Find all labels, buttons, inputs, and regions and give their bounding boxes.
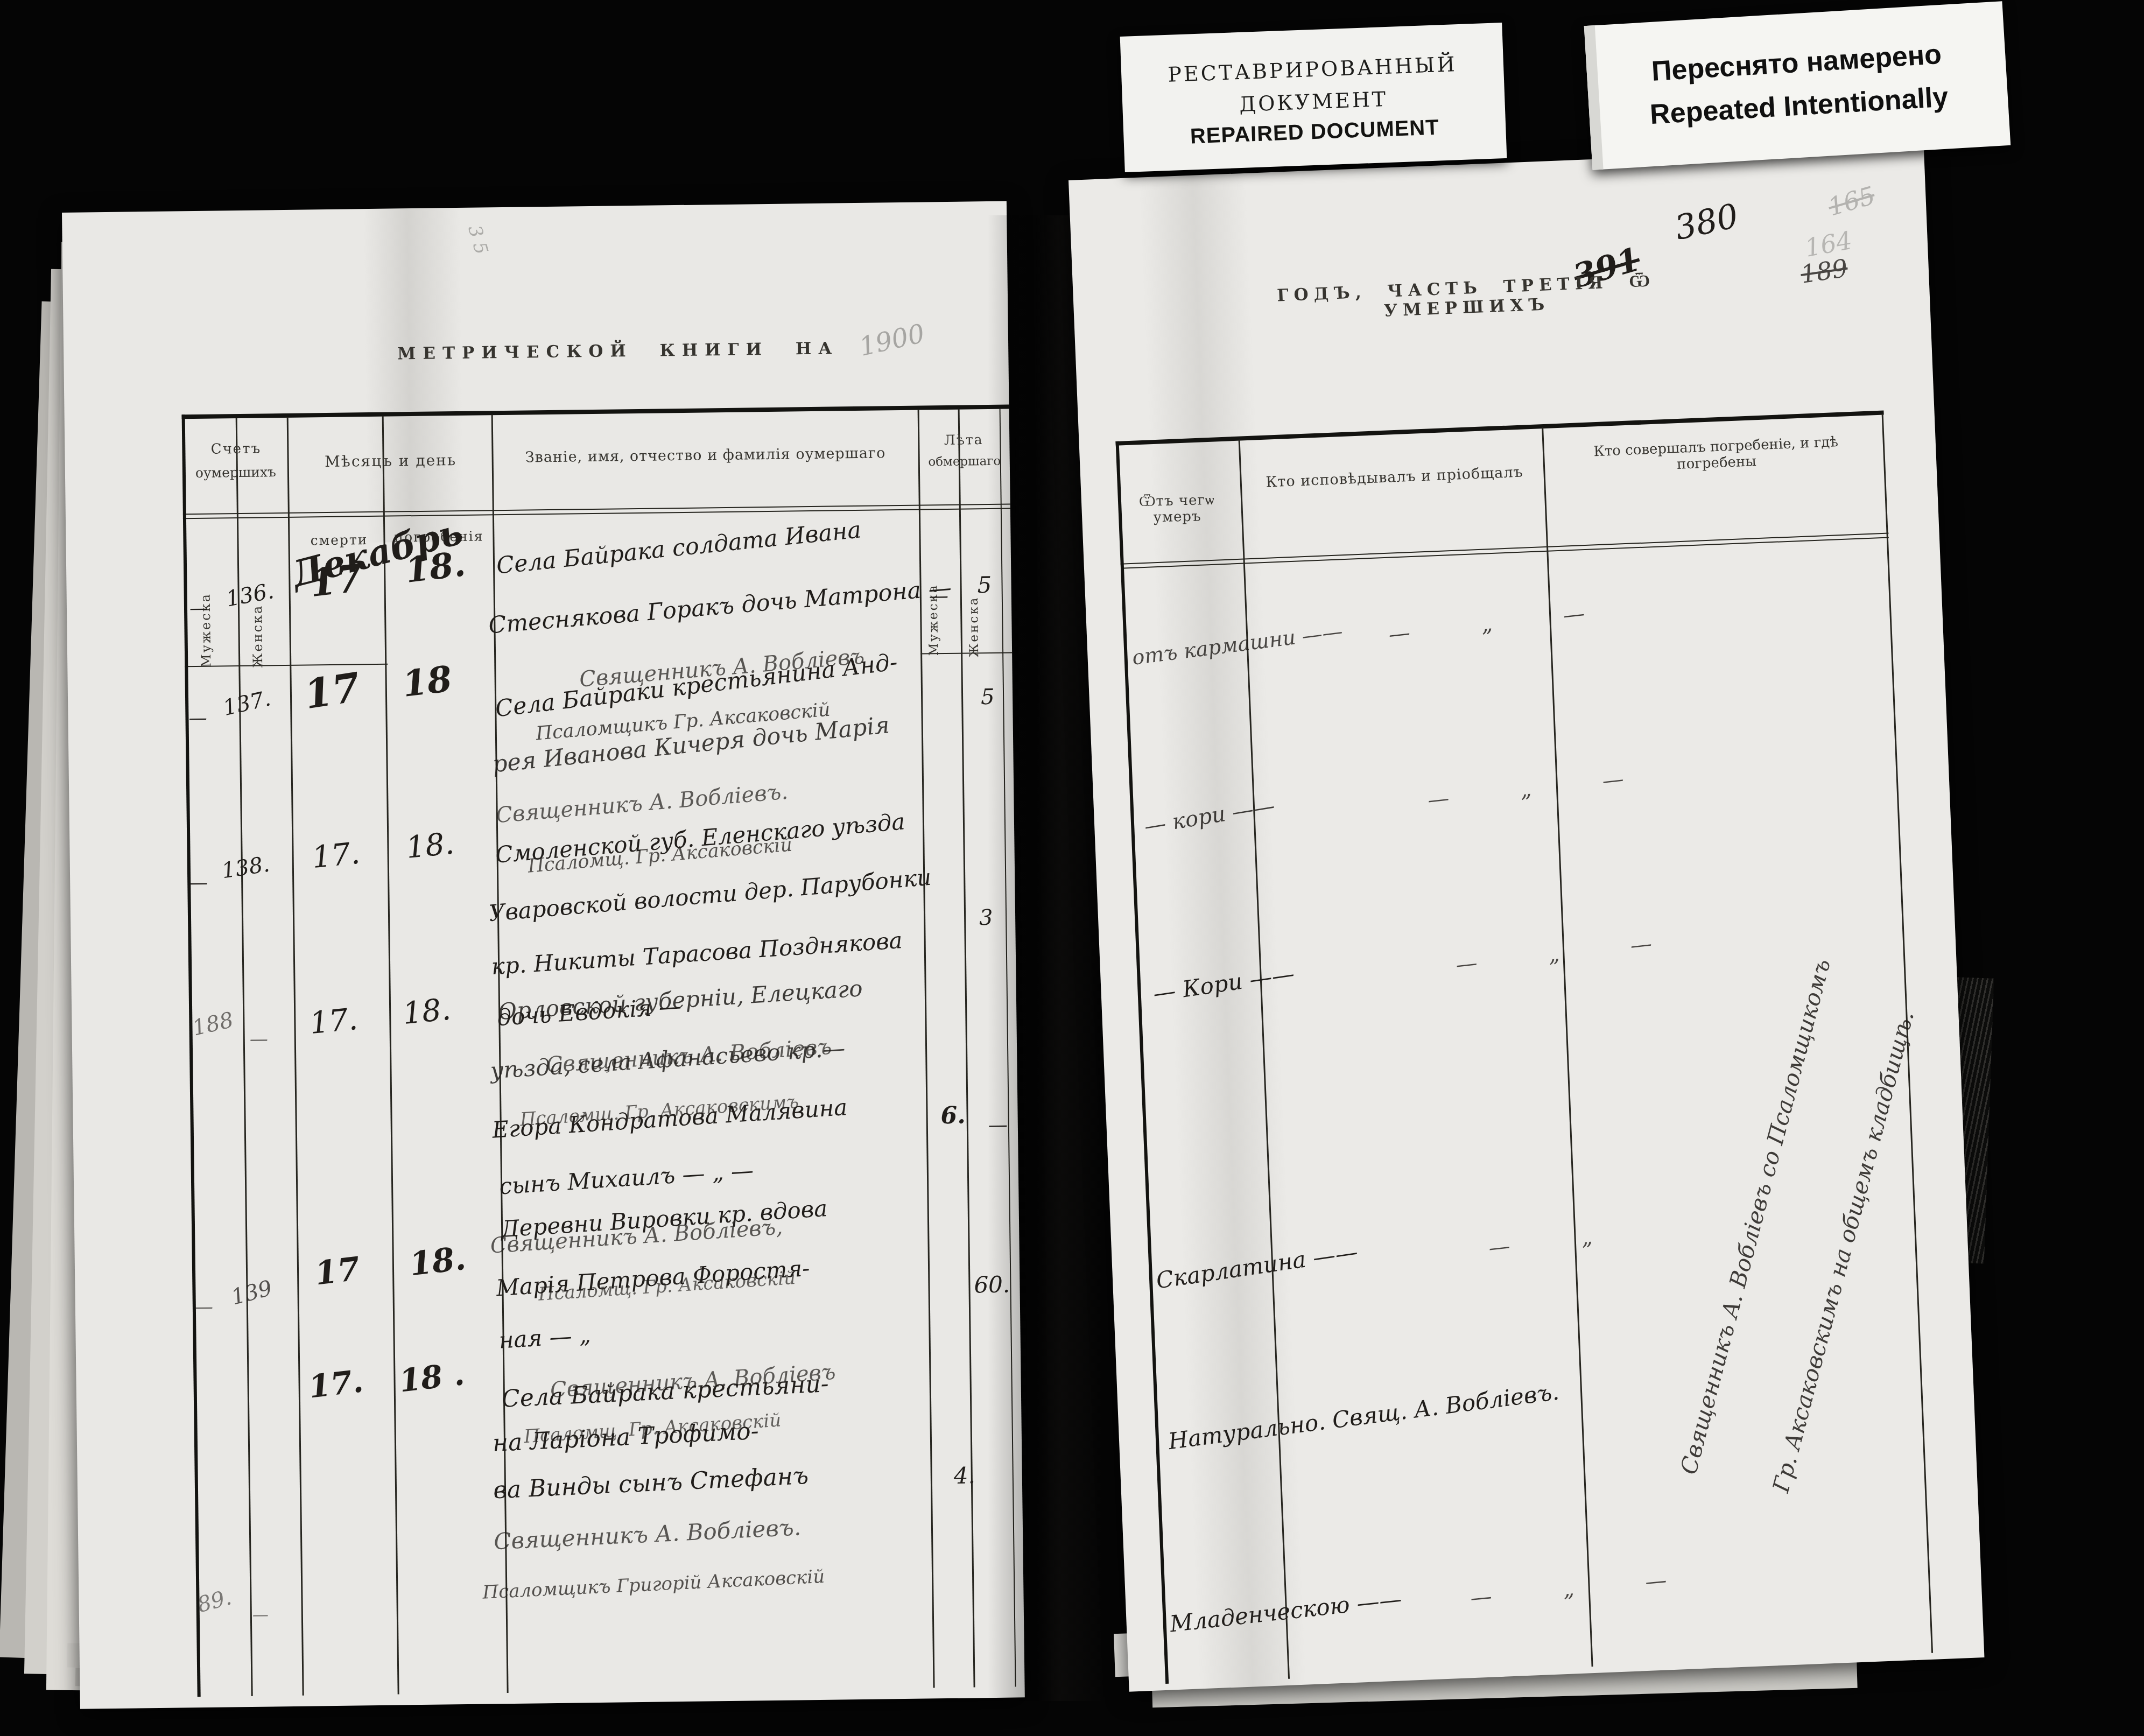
entry-dash: — [252, 1606, 269, 1625]
col-header-count: Счетъ [187, 440, 284, 458]
col-header-burial-officiant: Кто совершалъ погребеніе, и гдѣ погребен… [1552, 432, 1880, 477]
age-female: 60. [974, 1271, 1010, 1298]
year-handwritten: 1900 [856, 318, 927, 362]
record-line: кр. Никиты Тарасова Позднякова [490, 927, 903, 980]
col-header-count2: оумершихъ [185, 464, 287, 481]
burial-day: 18 . [397, 1355, 466, 1400]
rule [1000, 409, 1016, 1687]
rule [182, 405, 1009, 419]
rule [185, 664, 388, 667]
archival-scan: 3 5 МЕТРИЧЕСКОЙ КНИГИ НА 1900 Счетъ оуме… [0, 0, 2144, 1736]
death-day: 17. [307, 1362, 365, 1405]
record-line: Псаломщикъ Григорій Аксаковскій [482, 1566, 825, 1604]
scan-fold-shading [363, 208, 465, 543]
death-day: 17. [311, 836, 362, 876]
pencil-number-struck: 165 [1825, 180, 1878, 221]
rule [382, 416, 399, 1695]
ditto-mark: — „ — [1454, 928, 1685, 978]
burial-day: 18. [403, 544, 467, 591]
cause-of-death: отъ кармашни —— [1131, 619, 1344, 670]
entry-number: 136. [224, 579, 276, 612]
cause-of-death: — кори —— [1143, 793, 1277, 839]
repaired-en: REPAIRED DOCUMENT [1123, 113, 1506, 151]
col-header-confessor: Кто исповѣдывалъ и пріобщалъ [1252, 463, 1537, 491]
age-female: — [988, 1114, 1008, 1136]
entry-number: 89. [195, 1585, 234, 1618]
death-day: 17 [307, 555, 364, 606]
death-day: 17 [301, 664, 363, 719]
ditto-mark: — „ — [1387, 598, 1618, 647]
ditto-mark: — „ [1487, 1221, 1626, 1261]
repeated-intentionally-card: Переснято намерено Repeated Intentionall… [1584, 1, 2011, 170]
burial-day: 18. [404, 826, 455, 866]
record-line: на Ларіона Трофимо- [492, 1417, 760, 1457]
rule [1121, 532, 1889, 564]
record-line: Стеснякова Горакъ дочь Матрона — [487, 574, 952, 639]
death-day: 17. [308, 1002, 359, 1042]
age-male: 4. [953, 1462, 975, 1488]
record-line: ная — „ [498, 1322, 592, 1354]
col-header-cause: Ѿтъ чегѡ умеръ [1115, 491, 1239, 526]
record-line: уѣзда, села Афанасьево кр.— [489, 1035, 846, 1084]
entry-dash: — [189, 598, 208, 619]
death-day: 17 [313, 1250, 362, 1292]
entry-dash: — [188, 707, 207, 729]
age-female: 5 [977, 572, 992, 598]
repaired-ru-line1: РЕСТАВРИРОВАННЫЙ [1121, 51, 1504, 88]
left-page-title: МЕТРИЧЕСКОЙ КНИГИ НА [386, 339, 849, 364]
age-female: 5 [981, 685, 995, 709]
record-line: ва Винды сынъ Стефанъ [493, 1462, 809, 1505]
age-female: 3 [979, 905, 993, 930]
card-fold-edge [1584, 25, 1604, 170]
scan-fold-shading [1138, 173, 1307, 1689]
right-page-title: ГОДЪ, ЧАСТЬ ТРЕТІЯ Ѿ УМЕРШИХЪ [1213, 269, 1720, 328]
entry-number: 139 [229, 1276, 275, 1310]
record-line: сынъ Михаилъ — „ — [498, 1157, 754, 1199]
header-number-struck: 189 [1798, 254, 1850, 289]
col-header-name: Званіе, имя, отчество и фамилія оумершаг… [498, 445, 912, 466]
ditto-mark: — „ — [1469, 1565, 1700, 1611]
entry-dash: — [195, 1296, 213, 1318]
record-line: Села Байрака солдата Ивана [495, 516, 862, 579]
ditto-mark: — „ — [1426, 763, 1657, 812]
burial-day: 18 [400, 658, 454, 705]
rule [287, 417, 304, 1696]
col-header-age2: обмершаго [919, 454, 1010, 469]
entry-number: 138. [220, 852, 271, 883]
entry-dash: — [189, 872, 208, 894]
burial-day: 18. [401, 992, 452, 1032]
page-number: 380 [1671, 196, 1742, 248]
right-page: 391 380 165 164 ГОДЪ, ЧАСТЬ ТРЕТІЯ Ѿ УМЕ… [1069, 146, 1984, 1692]
col-header-month-day: Мѣсяцъ и день [293, 451, 487, 470]
age-male: 6. [940, 1102, 966, 1130]
left-page: 3 5 МЕТРИЧЕСКОЙ КНИГИ НА 1900 Счетъ оуме… [62, 201, 1025, 1709]
rule [1121, 537, 1889, 568]
rule [1116, 441, 1169, 1684]
cause-of-death: — Кори —— [1151, 960, 1296, 1007]
rule [1239, 440, 1290, 1679]
entry-number: 137. [221, 686, 273, 721]
burial-day: 18. [407, 1240, 468, 1284]
repaired-document-card: РЕСТАВРИРОВАННЫЙ ДОКУМЕНТ REPAIRED DOCUM… [1120, 23, 1507, 172]
record-line: Священникъ А. Вобліевъ. [495, 779, 789, 828]
cause-of-death: Натурально. Свящ. А. Вобліевъ. [1166, 1379, 1560, 1455]
record-line: Священникъ А. Вобліевъ. [493, 1514, 802, 1555]
col-header-age: Лѣта [919, 432, 1008, 448]
corner-pencil-mark: 3 5 [463, 223, 492, 257]
entry-number: 188 [190, 1008, 236, 1041]
cause-of-death: Скарлатина —— [1155, 1239, 1360, 1294]
age-male: — [929, 585, 948, 607]
entry-dash: — [250, 1028, 268, 1050]
